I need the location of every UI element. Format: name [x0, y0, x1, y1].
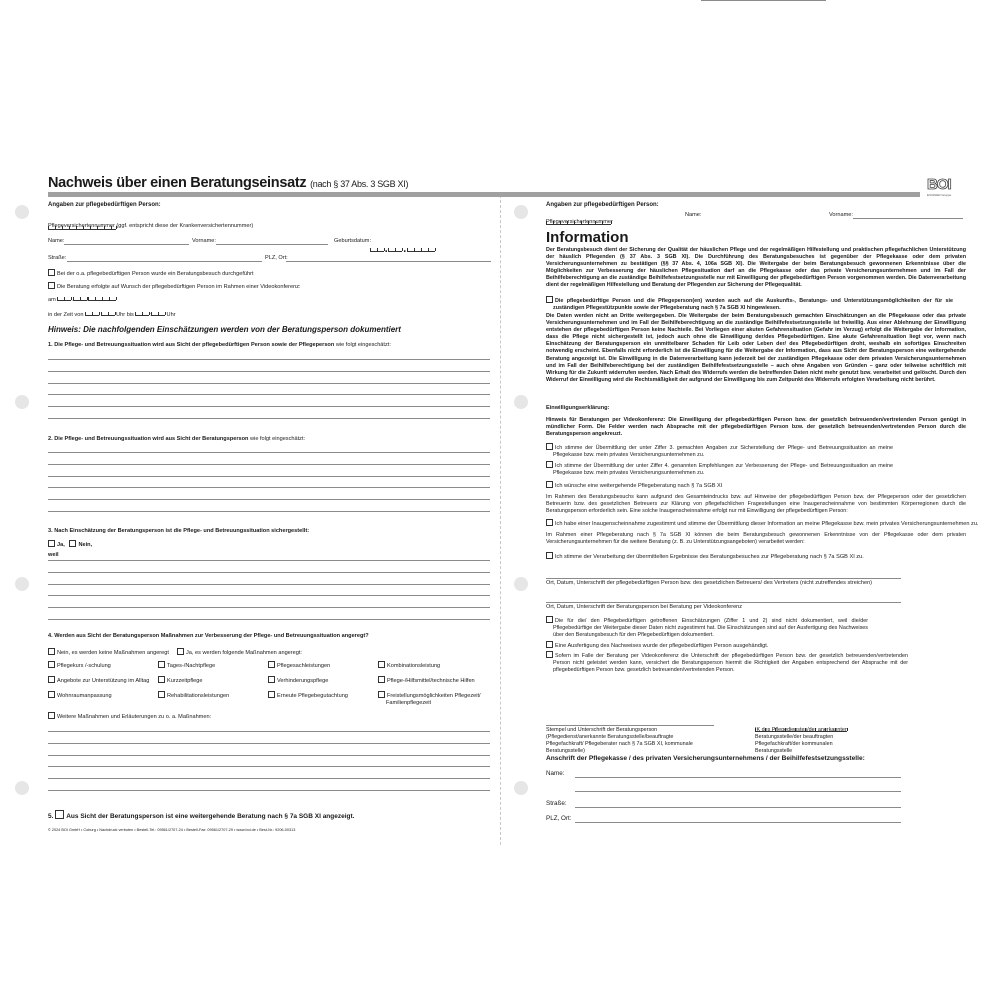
measure-option[interactable]: Angebote zur Unterstützung im Alltag	[48, 676, 158, 685]
checkbox[interactable]	[48, 661, 55, 668]
checkbox[interactable]	[55, 810, 64, 819]
measure-option[interactable]: Pflegesachleistungen	[268, 661, 378, 670]
consent-1-row[interactable]: Ich stimme der Übermittlung der unter Zi…	[546, 443, 893, 459]
info-paragraph-1: Der Beratungsbesuch dient der Sicherung …	[546, 247, 966, 290]
measure-label: Wohnraumanpassung	[57, 693, 112, 699]
measure-option[interactable]: Rehabilitationsleistungen	[158, 691, 268, 707]
signature-2-line[interactable]	[546, 602, 901, 603]
consent-4-label: Ich habe einer Inaugenscheinnahme zugest…	[555, 521, 979, 527]
first-name-label-right: Vorname:	[829, 212, 853, 219]
address-zip-label: PLZ, Ort:	[546, 815, 572, 822]
q4-yes-row[interactable]: Ja, es werden folgende Maßnahmen angereg…	[177, 648, 302, 657]
answer-line[interactable]	[48, 766, 490, 767]
answer-line[interactable]	[48, 406, 490, 407]
check-copy-row[interactable]: Eine Ausfertigung des Nachweises wurde d…	[546, 641, 768, 650]
check-video-signature-row[interactable]: Sofern im Falle der Beratung per Videoko…	[546, 651, 908, 674]
address-heading: Anschrift der Pflegekasse / des privaten…	[546, 755, 865, 762]
consent-heading: Einwilligungserklärung:	[546, 405, 609, 412]
logo-subtext: EICHNER Gruppe	[927, 193, 951, 197]
date-day[interactable]	[57, 296, 71, 301]
inspection-paragraph: Im Rahmen des Beratungsbesuchs kann aufg…	[546, 494, 966, 515]
time-suffix: Uhr	[167, 312, 176, 318]
checkbox[interactable]	[48, 676, 55, 683]
checkbox[interactable]	[378, 676, 385, 683]
time-from-m[interactable]	[101, 311, 115, 316]
measure-option[interactable]: Kombinationsleistung	[378, 661, 488, 670]
q4-no-label: Nein, es werden keine Maßnahmen angeregt	[57, 650, 169, 656]
measure-option[interactable]: Kurzzeitpflege	[158, 676, 268, 685]
signature-2-label: Ort, Datum, Unterschrift der Beratungspe…	[546, 604, 742, 611]
checkbox[interactable]	[48, 691, 55, 698]
check-visit-row[interactable]: Bei der o.a. pflegebedürftigen Person wu…	[48, 269, 254, 278]
answer-line[interactable]	[48, 359, 490, 360]
name-field[interactable]	[64, 244, 189, 245]
measure-label: Angebote zur Unterstützung im Alltag	[57, 678, 149, 684]
time-to-h[interactable]	[135, 311, 149, 316]
q3-text: 3. Nach Einschätzung der Beratungsperson…	[48, 528, 309, 535]
checkbox[interactable]	[268, 661, 275, 668]
answer-line[interactable]	[48, 499, 490, 500]
name-field-right[interactable]	[701, 0, 826, 1]
checkbox[interactable]	[546, 481, 553, 488]
date-month[interactable]	[73, 296, 87, 301]
measure-label: Pflegesachleistungen	[277, 663, 330, 669]
consent-2-row[interactable]: Ich stimme der Übermittlung der unter Zi…	[546, 461, 893, 477]
zip-city-label: PLZ, Ort:	[265, 255, 288, 262]
first-name-field[interactable]	[216, 244, 328, 245]
q2-pre: 2. Die Pflege- und Betreuungssituation w…	[48, 436, 165, 442]
check-not-documented-row[interactable]: Die für die/ den Pflegebedürftigen getro…	[546, 616, 868, 639]
checkbox[interactable]	[546, 519, 553, 526]
time-to-m[interactable]	[151, 311, 165, 316]
zip-city-field[interactable]	[286, 261, 491, 262]
check-visit-label: Bei der o.a. pflegebedürftigen Person wu…	[57, 271, 254, 277]
q5-number: 5.	[48, 813, 53, 820]
q1-text: 1. Die Pflege- und Betreuungssituation w…	[48, 342, 391, 349]
answer-line[interactable]	[48, 464, 490, 465]
time-mid: Uhr bis	[116, 312, 134, 318]
address-street-label: Straße:	[546, 800, 567, 807]
measure-option[interactable]: Verhinderungspflege	[268, 676, 378, 685]
checkbox[interactable]	[158, 691, 165, 698]
name-label-right: Name:	[685, 212, 701, 219]
q4-further-row[interactable]: Weitere Maßnahmen und Erläuterungen zu o…	[48, 712, 211, 721]
answer-line[interactable]	[48, 584, 490, 585]
answer-line[interactable]	[48, 487, 490, 488]
hint-text: Hinweis: Die nachfolgenden Einschätzunge…	[48, 325, 401, 334]
answer-line[interactable]	[48, 560, 490, 561]
q4-measures-grid: Pflegekurs /-schulungTages-/NachtpflegeP…	[48, 661, 488, 707]
answer-line[interactable]	[48, 476, 490, 477]
measure-label: Kombinationsleistung	[387, 663, 440, 669]
measure-label: Freistellungsmöglichkeiten Pflegezeit/ F…	[386, 693, 481, 706]
insurance-number-label-right: Pflegeversichertennummer	[546, 219, 613, 226]
name-label: Name:	[48, 238, 64, 245]
checkbox[interactable]	[48, 712, 55, 719]
checkbox-no[interactable]	[69, 540, 76, 547]
form-title-suffix: (nach § 37 Abs. 3 SGB XI)	[310, 179, 408, 189]
answer-line[interactable]	[48, 452, 490, 453]
checkbox[interactable]	[546, 461, 553, 468]
time-from-h[interactable]	[85, 311, 99, 316]
checkbox[interactable]	[158, 676, 165, 683]
checkbox[interactable]	[546, 641, 553, 648]
address-name-field-2[interactable]	[575, 791, 901, 792]
footer-text: © 2024 BOI GmbH • Coburg • Nachdruck ver…	[48, 828, 295, 832]
answer-line[interactable]	[48, 511, 490, 512]
date-prefix: am	[48, 297, 56, 303]
boi-logo: BOI EICHNER Gruppe	[927, 176, 951, 197]
answer-line[interactable]	[48, 790, 490, 791]
answer-line[interactable]	[48, 731, 490, 732]
q4-text: 4. Werden aus Sicht der Beratungsperson …	[48, 633, 369, 640]
consent-4-row[interactable]: Ich habe einer Inaugenscheinnahme zugest…	[546, 519, 979, 528]
checkbox[interactable]	[546, 296, 553, 303]
answer-line[interactable]	[48, 607, 490, 608]
ik-label: IK des Pflegedienstes/der anerkannten Be…	[755, 727, 865, 755]
checkbox[interactable]	[546, 616, 553, 623]
check-video-label: Die Beratung erfolgte auf Wunsch der pfl…	[57, 284, 301, 290]
time-row: in der Zeit von : Uhr bis : Uhr	[48, 311, 176, 319]
street-label: Straße:	[48, 255, 66, 262]
q2-text: 2. Die Pflege- und Betreuungssituation w…	[48, 436, 305, 443]
checkbox[interactable]	[546, 443, 553, 450]
left-page: Nachweis über einen Beratungseinsatz (na…	[0, 0, 500, 1000]
answer-line[interactable]	[48, 778, 490, 779]
answer-line[interactable]	[48, 371, 490, 372]
consent-5-row[interactable]: Ich stimme der Verarbeitung der übermitt…	[546, 552, 864, 561]
stamp-label: Stempel und Unterschrift der Beratungspe…	[546, 727, 711, 755]
q1-bold: aus Sicht der pflegebedürftigen Person s…	[165, 342, 334, 348]
check-info-row[interactable]: Die pflegebedürftige Person und die Pfle…	[546, 296, 953, 312]
person-heading: Angaben zur pflegebedürftigen Person:	[48, 202, 161, 208]
street-field[interactable]	[67, 261, 262, 262]
check-video-row[interactable]: Die Beratung erfolgte auf Wunsch der pfl…	[48, 282, 301, 291]
address-name-label: Name:	[546, 770, 565, 777]
answer-line[interactable]	[48, 394, 490, 395]
title-bar	[500, 192, 920, 197]
checkbox[interactable]	[378, 661, 385, 668]
stamp-signature-line[interactable]	[546, 725, 714, 726]
answer-line[interactable]	[48, 755, 490, 756]
q5-label: Aus Sicht der Beratungsperson ist eine w…	[66, 813, 354, 820]
check-info-label: Die pflegebedürftige Person und die Pfle…	[553, 298, 953, 311]
measure-option[interactable]: Wohnraumanpassung	[48, 691, 158, 707]
answer-line[interactable]	[48, 572, 490, 573]
check-not-documented-label: Die für die/ den Pflegebedürftigen getro…	[553, 618, 868, 638]
checkbox-yes[interactable]	[48, 540, 55, 547]
first-name-field-right[interactable]	[853, 218, 963, 219]
check-video-signature-label: Sofern im Falle der Beratung per Videoko…	[553, 653, 908, 673]
measure-label: Kurzzeitpflege	[167, 678, 202, 684]
q2-bold: aus Sicht der Beratungsperson	[165, 436, 248, 442]
birthdate-label: Geburtsdatum:	[334, 238, 371, 245]
q3-yes-label: Ja,	[57, 542, 65, 548]
checkbox[interactable]	[546, 552, 553, 559]
signature-1-label: Ort, Datum, Unterschrift der pflegebedür…	[546, 580, 872, 587]
answer-line[interactable]	[48, 383, 490, 384]
q4-further-label: Weitere Maßnahmen und Erläuterungen zu o…	[57, 714, 211, 720]
measure-option[interactable]: Pflegekurs /-schulung	[48, 661, 158, 670]
answer-line[interactable]	[48, 619, 490, 620]
counsel-paragraph: Im Rahmen einer Pflegeberatung nach § 7a…	[546, 532, 966, 546]
q5-row[interactable]: 5. Aus Sicht der Beratungsperson ist ein…	[48, 810, 354, 820]
checkbox[interactable]	[48, 269, 55, 276]
answer-line[interactable]	[48, 743, 490, 744]
measure-label: Tages-/Nachtpflege	[167, 663, 215, 669]
measure-label: Verhinderungspflege	[277, 678, 328, 684]
measure-label: Pflege-/Hilfsmittel/technische Hilfen	[387, 678, 475, 684]
birthdate-field[interactable]: ..	[370, 239, 435, 257]
q4-no-row[interactable]: Nein, es werden keine Maßnahmen angeregt	[48, 648, 169, 657]
measure-option[interactable]: Tages-/Nachtpflege	[158, 661, 268, 670]
checkbox[interactable]	[48, 648, 55, 655]
consent-2-label: Ich stimme der Übermittlung der unter Zi…	[553, 463, 893, 476]
date-row: am ..	[48, 296, 116, 304]
answer-line[interactable]	[48, 418, 490, 419]
measure-label: Erneute Pflegebegutachtung	[277, 693, 348, 699]
first-name-label: Vorname:	[192, 238, 216, 245]
right-page: BOI EICHNER Gruppe Angaben zur pflegebed…	[500, 0, 1000, 1000]
form-title: Nachweis über einen Beratungseinsatz (na…	[48, 175, 408, 191]
address-street-field[interactable]	[575, 807, 901, 808]
form-title-text: Nachweis über einen Beratungseinsatz	[48, 175, 306, 191]
title-bar	[48, 192, 500, 197]
checkbox[interactable]	[48, 282, 55, 289]
video-hint: Hinweis für Beratungen per Videokonferen…	[546, 417, 966, 438]
consent-3-label: Ich wünsche eine weitergehende Pflegeber…	[555, 483, 722, 489]
q1-pre: 1. Die Pflege- und Betreuungssituation w…	[48, 342, 165, 348]
answer-line[interactable]	[48, 595, 490, 596]
q4-yes-label: Ja, es werden folgende Maßnahmen angereg…	[186, 650, 302, 656]
measure-label: Rehabilitationsleistungen	[167, 693, 229, 699]
checkbox[interactable]	[268, 691, 275, 698]
consent-3-row[interactable]: Ich wünsche eine weitergehende Pflegeber…	[546, 481, 722, 490]
info-paragraph-2: Die Daten werden nicht an Dritte weiterg…	[546, 313, 966, 384]
q3-no-label: Nein,	[78, 542, 92, 548]
checkbox[interactable]	[268, 676, 275, 683]
checkbox[interactable]	[158, 661, 165, 668]
measure-label: Pflegekurs /-schulung	[57, 663, 111, 669]
logo-text: BOI	[927, 176, 951, 193]
check-copy-label: Eine Ausfertigung des Nachweises wurde d…	[555, 643, 768, 649]
consent-5-label: Ich stimme der Verarbeitung der übermitt…	[555, 554, 864, 560]
time-prefix: in der Zeit von	[48, 312, 83, 318]
checkbox[interactable]	[378, 691, 385, 698]
q2-post: wie folgt eingeschätzt:	[248, 436, 305, 442]
checkbox[interactable]	[177, 648, 184, 655]
insurance-number-label: Pflegeversichertennummer (ggf. entsprich…	[48, 223, 253, 230]
consent-1-label: Ich stimme der Übermittlung der unter Zi…	[553, 445, 893, 458]
q1-post: wie folgt eingeschätzt:	[334, 342, 391, 348]
measure-option[interactable]: Erneute Pflegebegutachtung	[268, 691, 378, 707]
q3-options: Ja, Nein,	[48, 540, 92, 549]
address-zip-field[interactable]	[575, 822, 901, 823]
checkbox[interactable]	[546, 651, 553, 658]
date-year[interactable]	[88, 296, 116, 301]
information-heading: Information	[546, 229, 629, 246]
signature-1-line[interactable]	[546, 578, 901, 579]
q3-because-label: weil	[48, 552, 59, 559]
person-heading-right: Angaben zur pflegebedürftigen Person:	[546, 202, 659, 208]
measure-option[interactable]: Pflege-/Hilfsmittel/technische Hilfen	[378, 676, 488, 685]
measure-option[interactable]: Freistellungsmöglichkeiten Pflegezeit/ F…	[378, 691, 488, 707]
address-name-field[interactable]	[575, 777, 901, 778]
